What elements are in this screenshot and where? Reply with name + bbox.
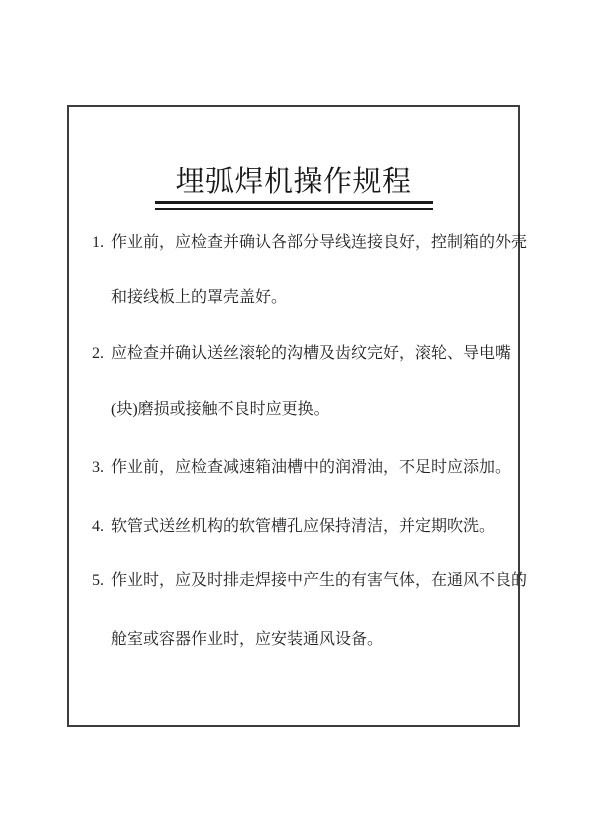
item-1-text-line-1: 作业前，应检查并确认各部分导线连接良好，控制箱的外壳 [111, 234, 527, 251]
document-border-frame: 埋弧焊机操作规程 1.作业前，应检查并确认各部分导线连接良好，控制箱的外壳 和接… [67, 105, 520, 727]
item-4-text-line-1: 软管式送丝机构的软管槽孔应保持清洁，并定期吹洗。 [111, 518, 495, 535]
list-item-2-line-2: (块)磨损或接触不良时应更换。 [111, 400, 330, 420]
item-1-number: 1. [92, 233, 111, 253]
list-item-1-line-2: 和接线板上的罩壳盖好。 [111, 288, 287, 308]
item-2-text-line-2: (块)磨损或接触不良时应更换。 [111, 401, 330, 418]
list-item-2-line-1: 2.应检查并确认送丝滚轮的沟槽及齿纹完好，滚轮、导电嘴 [92, 344, 511, 364]
title-double-underline [155, 201, 433, 210]
item-5-text-line-2: 舱室或容器作业时，应安装通风设备。 [111, 631, 383, 648]
list-item-5-line-1: 5.作业时，应及时排走焊接中产生的有害气体，在通风不良的 [92, 571, 527, 591]
item-5-number: 5. [92, 571, 111, 591]
list-item-4-line-1: 4.软管式送丝机构的软管槽孔应保持清洁，并定期吹洗。 [92, 517, 495, 537]
item-2-text-line-1: 应检查并确认送丝滚轮的沟槽及齿纹完好，滚轮、导电嘴 [111, 345, 511, 362]
document-title: 埋弧焊机操作规程 [69, 166, 518, 199]
item-2-number: 2. [92, 344, 111, 364]
item-4-number: 4. [92, 517, 111, 537]
item-5-text-line-1: 作业时，应及时排走焊接中产生的有害气体，在通风不良的 [111, 572, 527, 589]
list-item-3-line-1: 3.作业前，应检查减速箱油槽中的润滑油，不足时应添加。 [92, 458, 511, 478]
list-item-1-line-1: 1.作业前，应检查并确认各部分导线连接良好，控制箱的外壳 [92, 233, 527, 253]
item-1-text-line-2: 和接线板上的罩壳盖好。 [111, 289, 287, 306]
item-3-text-line-1: 作业前，应检查减速箱油槽中的润滑油，不足时应添加。 [111, 459, 511, 476]
document-page: 埋弧焊机操作规程 1.作业前，应检查并确认各部分导线连接良好，控制箱的外壳 和接… [0, 0, 590, 835]
list-item-5-line-2: 舱室或容器作业时，应安装通风设备。 [111, 630, 383, 650]
item-3-number: 3. [92, 458, 111, 478]
